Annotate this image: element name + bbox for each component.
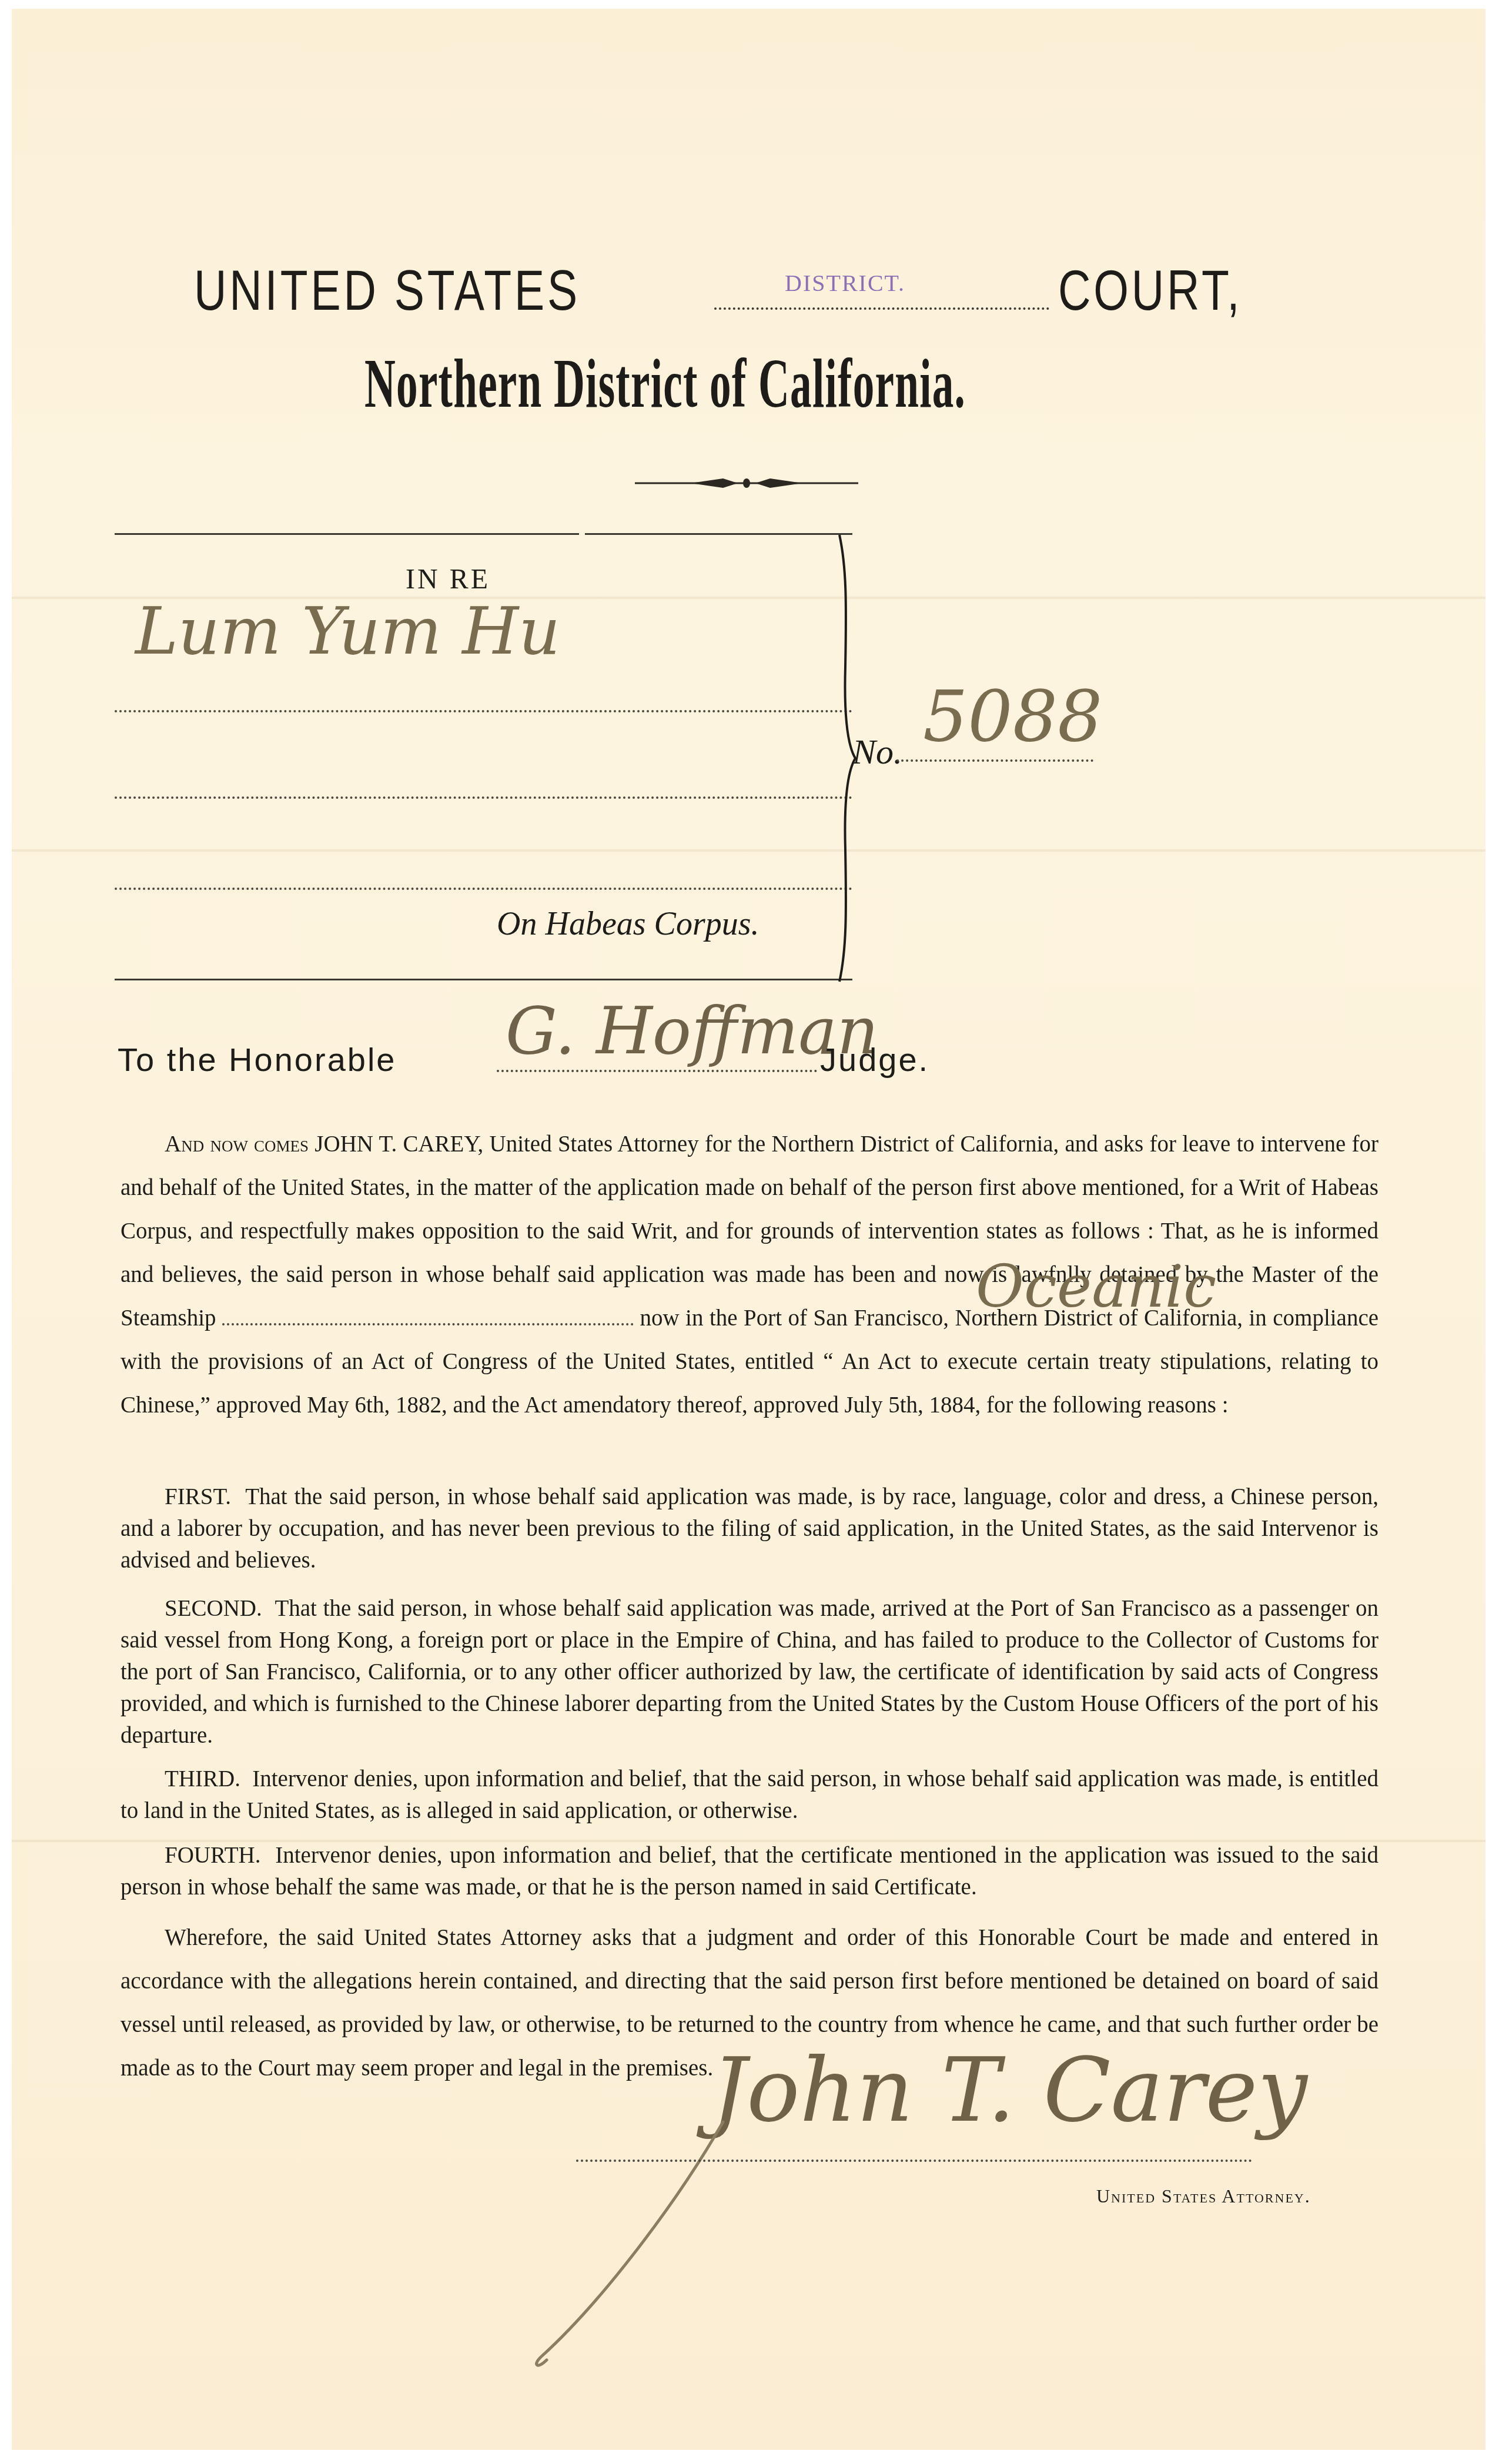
ornament-divider-icon bbox=[635, 476, 858, 490]
petitioner-line bbox=[115, 796, 852, 799]
reason-label: FOURTH. bbox=[165, 1843, 260, 1868]
reason-second: SECOND. That the said person, in whose b… bbox=[121, 1593, 1378, 1752]
steamship-name-handwritten: Oceanic bbox=[976, 1252, 1216, 1321]
signature-line bbox=[576, 2160, 1252, 2162]
court-type-blank bbox=[714, 307, 1049, 310]
case-number-label: No. bbox=[852, 732, 902, 772]
signature-flourish-icon bbox=[529, 2116, 764, 2369]
petitioner-line bbox=[115, 888, 852, 890]
reason-label: SECOND. bbox=[165, 1596, 262, 1621]
attorney-signature-handwritten: John T. Carey bbox=[711, 2040, 1307, 2142]
address-prefix: To the Honorable bbox=[118, 1040, 397, 1079]
steamship-line bbox=[222, 1323, 634, 1325]
petitioner-name-handwritten: Lum Yum Hu bbox=[135, 594, 560, 669]
case-number-line bbox=[896, 759, 1093, 762]
case-number-handwritten: 5088 bbox=[923, 676, 1102, 758]
reason-text: That the said person, in whose behalf sa… bbox=[121, 1484, 1378, 1573]
reason-label: FIRST. bbox=[165, 1484, 231, 1509]
reason-fourth: FOURTH. Intervenor denies, upon informat… bbox=[121, 1840, 1378, 1903]
district-stamp: DISTRICT. bbox=[785, 269, 905, 297]
reason-third: THIRD. Intervenor denies, upon informati… bbox=[121, 1763, 1378, 1827]
reason-text: That the said person, in whose behalf sa… bbox=[121, 1596, 1378, 1748]
signature-title: United States Attorney. bbox=[1096, 2185, 1311, 2207]
habeas-corpus-label: On Habeas Corpus. bbox=[497, 905, 759, 943]
heading-district: Northern District of California. bbox=[364, 344, 966, 424]
case-box-top-rule bbox=[585, 533, 852, 535]
heading-court: COURT, bbox=[1058, 259, 1242, 323]
petitioner-line bbox=[115, 710, 852, 712]
heading-united-states: UNITED STATES bbox=[194, 259, 580, 323]
fold-crease bbox=[12, 849, 1485, 852]
reason-first: FIRST. That the said person, in whose be… bbox=[121, 1481, 1378, 1576]
reason-text: Intervenor denies, upon information and … bbox=[121, 1843, 1378, 1900]
in-re-label: IN RE bbox=[406, 563, 490, 595]
intro-lead: And now comes bbox=[165, 1131, 309, 1157]
judge-name-line bbox=[497, 1070, 817, 1072]
reason-label: THIRD. bbox=[165, 1766, 240, 1792]
intro-text-2: now in the Port of San Francisco, Northe… bbox=[121, 1305, 1378, 1418]
reason-text: Intervenor denies, upon information and … bbox=[121, 1766, 1378, 1823]
address-suffix: Judge. bbox=[820, 1040, 929, 1079]
case-box-top-rule bbox=[115, 533, 579, 535]
case-box-bottom-rule bbox=[115, 979, 852, 980]
